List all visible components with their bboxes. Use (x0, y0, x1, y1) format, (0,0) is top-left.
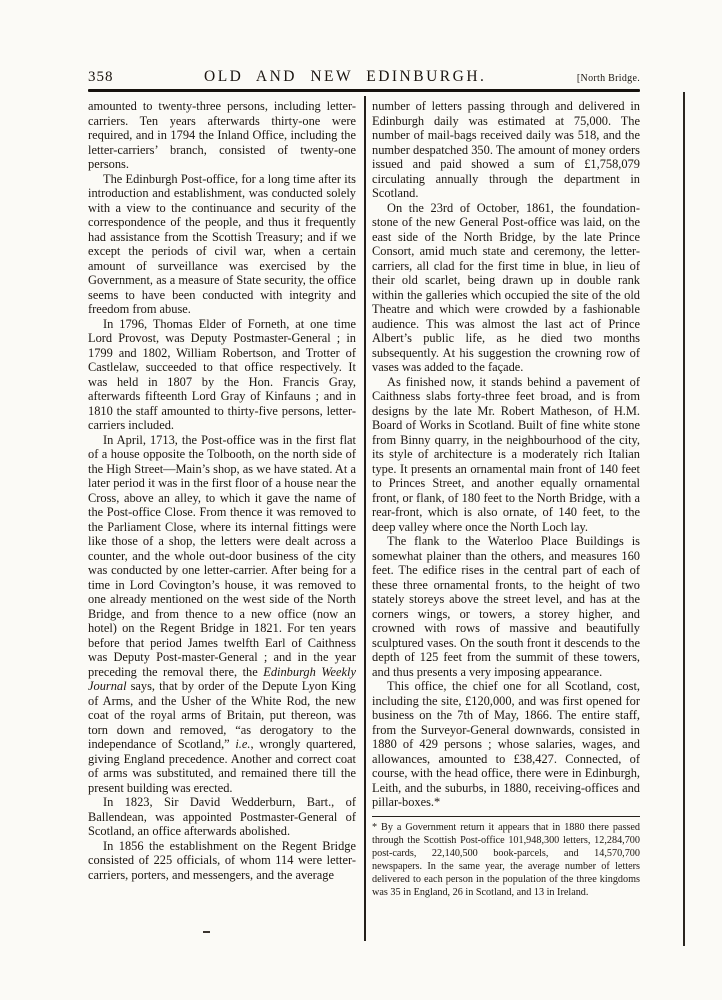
body-text: In 1796, Thomas Elder of Forneth, at one… (88, 317, 356, 433)
body-text: amounted to twenty-three persons, includ… (88, 99, 356, 171)
page-title: OLD AND NEW EDINBURGH. (114, 68, 577, 86)
page-number: 358 (88, 69, 114, 86)
body-text: This office, the chief one for all Scotl… (372, 679, 640, 809)
paragraph: The Edinburgh Post-office, for a long ti… (88, 172, 356, 317)
paragraph: In 1856 the establishment on the Regent … (88, 839, 356, 883)
paragraph: On the 23rd of October, 1861, the founda… (372, 201, 640, 375)
footnote: * By a Government return it appears that… (372, 816, 640, 899)
body-text: The flank to the Waterloo Place Building… (372, 534, 640, 679)
page-edge-line (683, 92, 685, 946)
body-text: In 1823, Sir David Wedderburn, Bart., of… (88, 795, 356, 838)
paragraph: number of letters passing through and de… (372, 99, 640, 201)
body-text: The Edinburgh Post-office, for a long ti… (88, 172, 356, 317)
paragraph: This office, the chief one for all Scotl… (372, 679, 640, 810)
right-column-text: number of letters passing through and de… (372, 99, 640, 810)
left-column: amounted to twenty-three persons, includ… (88, 99, 356, 882)
header-rule (88, 89, 640, 92)
book-page: 358 OLD AND NEW EDINBURGH. [North Bridge… (0, 0, 722, 1000)
body-text: In 1856 the establishment on the Regent … (88, 839, 356, 882)
body-text: * By a Government return it appears that… (372, 822, 640, 898)
print-artifact-dash (203, 931, 210, 933)
right-column: number of letters passing through and de… (372, 99, 640, 899)
paragraph: As finished now, it stands behind a pave… (372, 375, 640, 535)
paragraph: The flank to the Waterloo Place Building… (372, 534, 640, 679)
paragraph: In 1796, Thomas Elder of Forneth, at one… (88, 317, 356, 433)
body-text: number of letters passing through and de… (372, 99, 640, 200)
body-text: On the 23rd of October, 1861, the founda… (372, 201, 640, 375)
italic-text: i.e. (235, 737, 250, 751)
paragraph: amounted to twenty-three persons, includ… (88, 99, 356, 172)
page-header: 358 OLD AND NEW EDINBURGH. [North Bridge… (88, 68, 640, 86)
body-text: As finished now, it stands behind a pave… (372, 375, 640, 534)
paragraph: * By a Government return it appears that… (372, 821, 640, 899)
column-divider (364, 96, 366, 941)
running-head: [North Bridge. (577, 73, 640, 84)
paragraph: In April, 1713, the Post-office was in t… (88, 433, 356, 796)
paragraph: In 1823, Sir David Wedderburn, Bart., of… (88, 795, 356, 839)
body-text: In April, 1713, the Post-office was in t… (88, 433, 356, 679)
